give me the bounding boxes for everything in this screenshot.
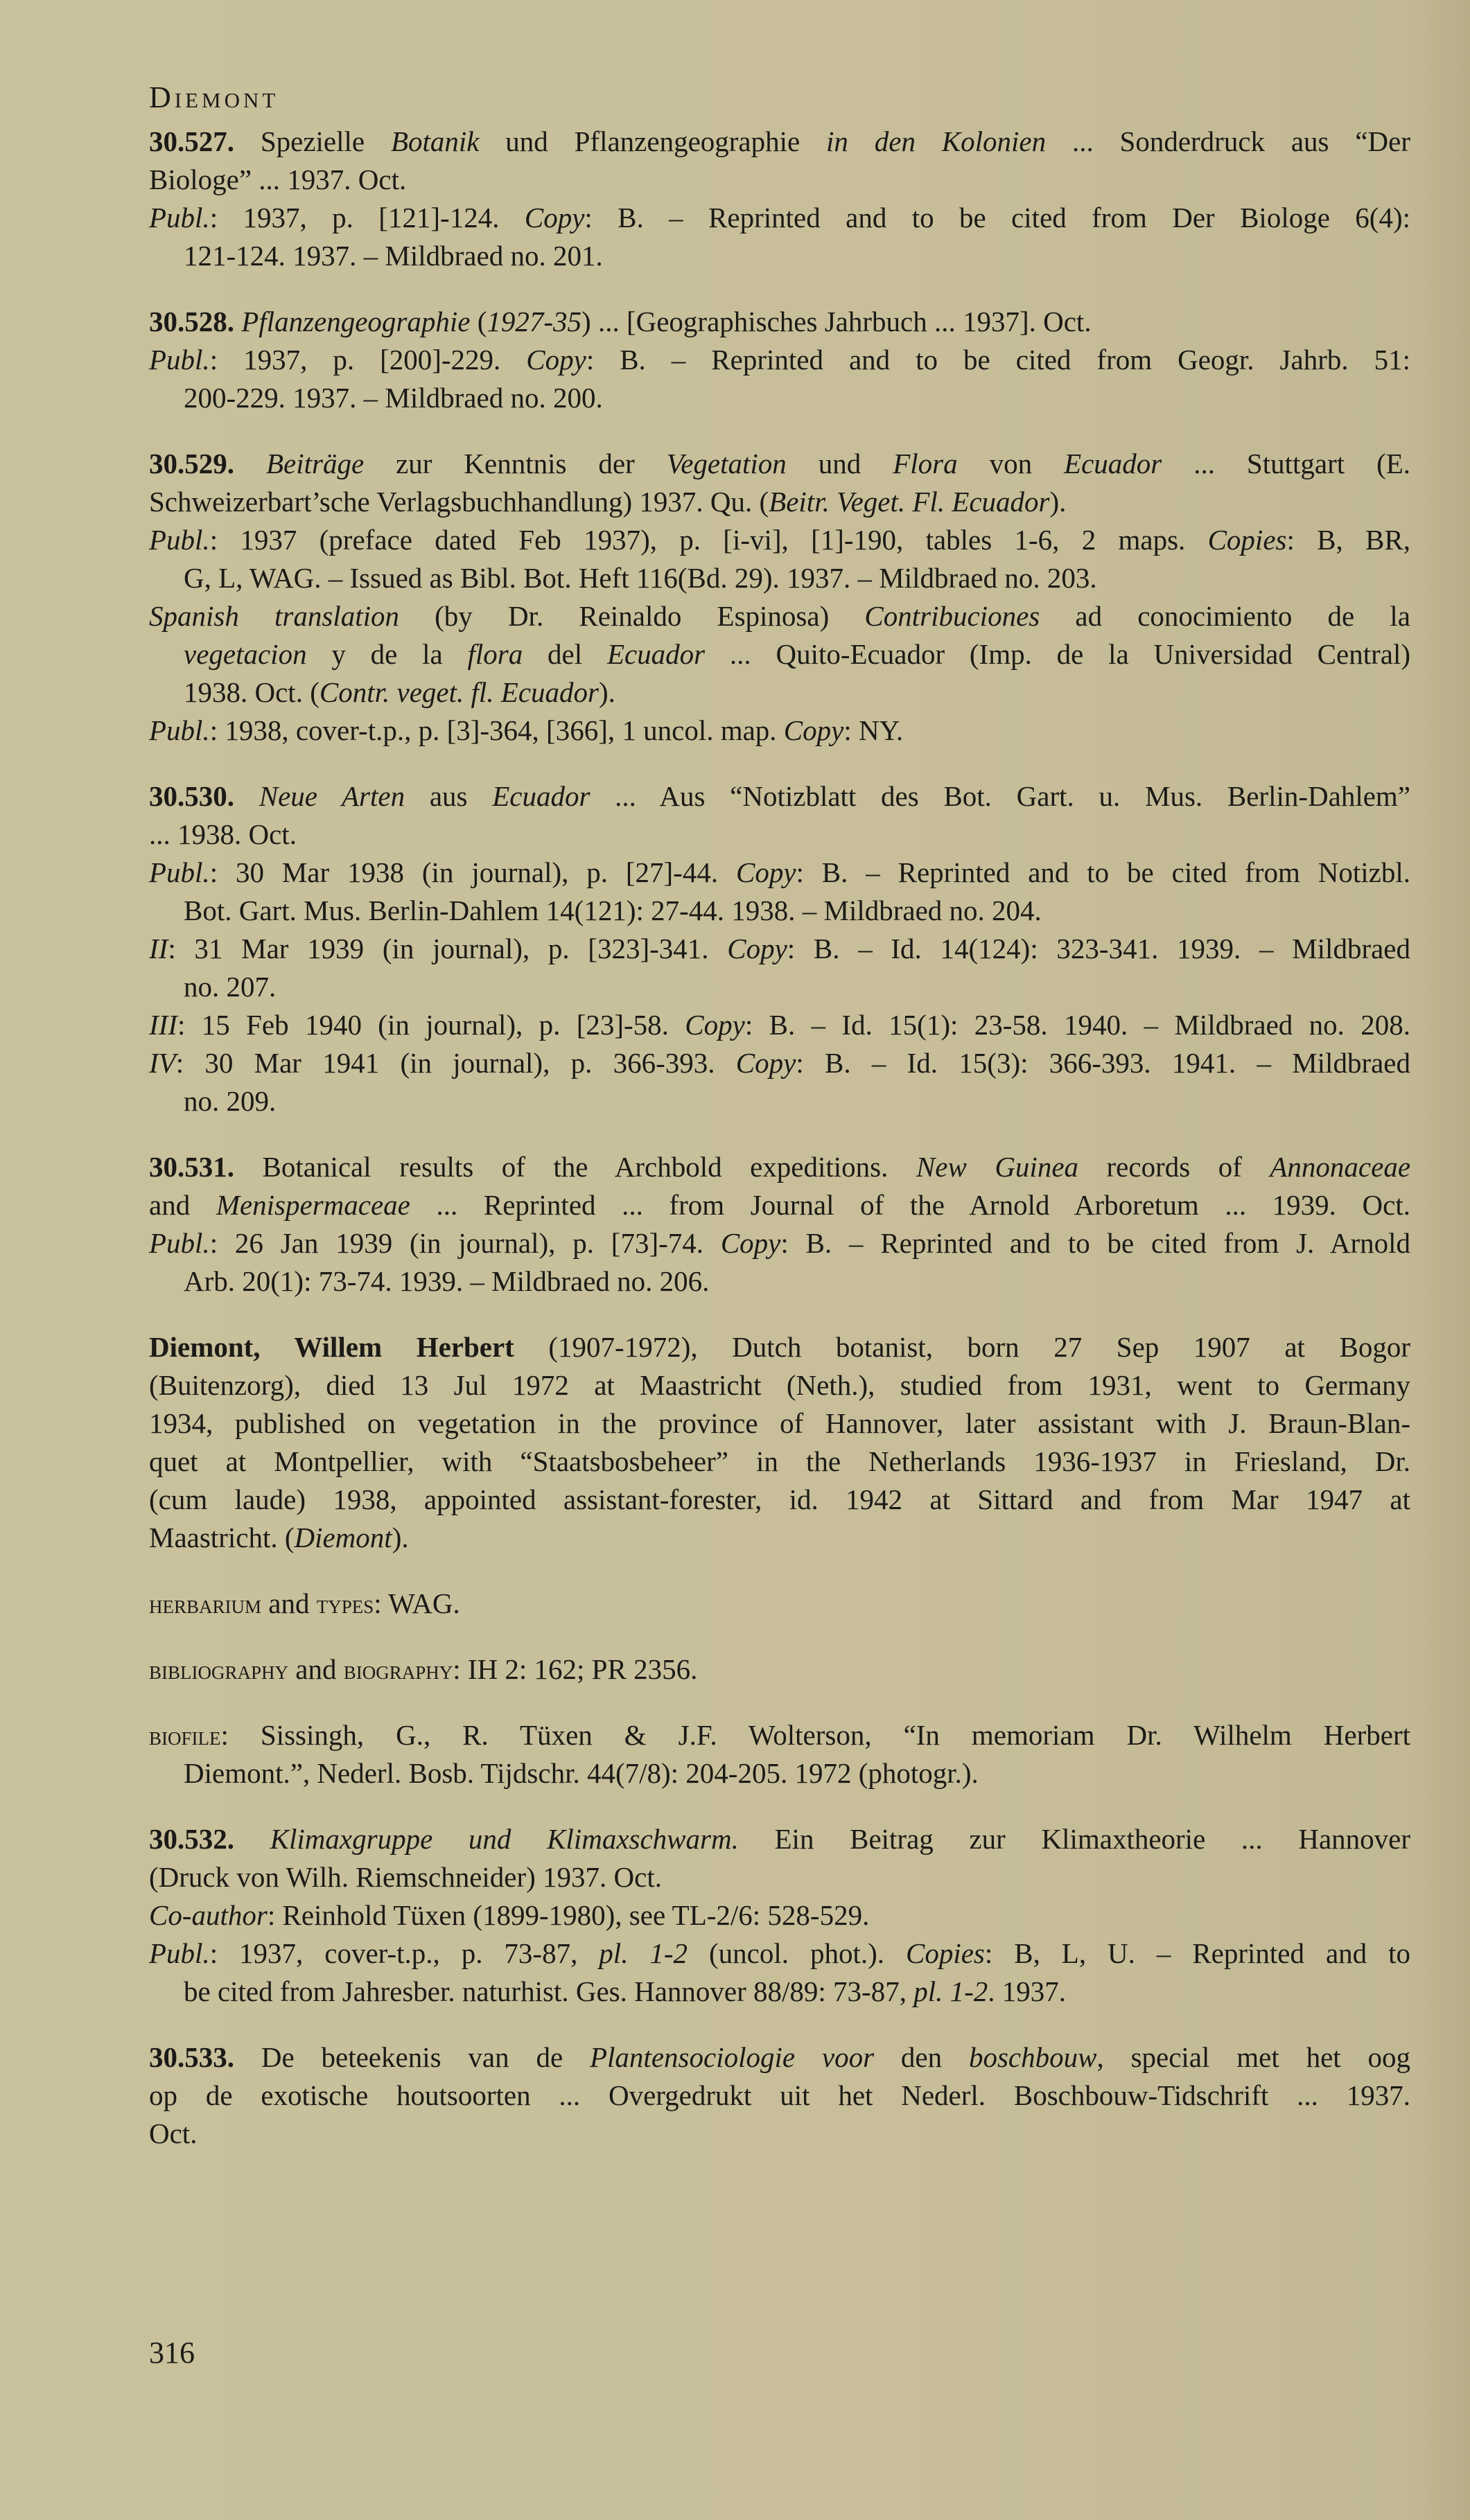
italic-text: Copy	[736, 856, 796, 888]
text: und Pflanzengeographie	[479, 125, 826, 157]
italic-text: Ecuador	[1064, 448, 1162, 479]
entry-heading-line: 30.528. Pflanzengeographie (1927-35) ...…	[149, 303, 1410, 341]
text: 200-229. 1937. – Mildbraed no. 200.	[184, 382, 603, 414]
text-line: Diemont, Willem Herbert (1907-1972), Dut…	[149, 1328, 1410, 1366]
italic-text: pl. 1-2	[913, 1975, 988, 2007]
text: Maastricht. (	[149, 1522, 294, 1553]
text-line: Co-author: Reinhold Tüxen (1899-1980), s…	[149, 1896, 1410, 1935]
text: und	[787, 448, 893, 479]
text: : 1937, cover-t.p., p. 73-87,	[210, 1937, 600, 1969]
italic-text: Plantensociologie voor	[590, 2041, 874, 2073]
text-line: Publ.: 1937, p. [200]-229. Copy: B. – Re…	[149, 341, 1410, 379]
italic-text: Ecuador	[492, 780, 590, 812]
entry-heading-line: 30.531. Botanical results of the Archbol…	[149, 1148, 1410, 1186]
entry-heading-line: 30.527. Spezielle Botanik und Pflanzenge…	[149, 123, 1410, 161]
italic-text: Vegetation	[667, 448, 787, 479]
text-line: op de exotische houtsoorten ... Overgedr…	[149, 2077, 1410, 2115]
italic-text: Copy	[526, 344, 586, 376]
text-line: (cum laude) 1938, appointed assistant-fo…	[149, 1481, 1410, 1519]
page-number: 316	[149, 2335, 195, 2370]
text: : B, BR,	[1286, 524, 1410, 556]
text-line: 200-229. 1937. – Mildbraed no. 200.	[184, 379, 1410, 417]
italic-text: 1927-35	[487, 306, 581, 337]
text: aus	[405, 780, 492, 812]
text: records of	[1078, 1151, 1270, 1183]
text-line: Arb. 20(1): 73-74. 1939. – Mildbraed no.…	[184, 1262, 1410, 1301]
entry-number: 30.529.	[149, 448, 266, 479]
italic-text: Klimaxgruppe und Klimaxschwarm.	[270, 1823, 739, 1855]
entry-heading-line: 30.532. Klimaxgruppe und Klimaxschwarm. …	[149, 1820, 1410, 1858]
text: and	[261, 1587, 317, 1619]
text: De beteekenis van de	[261, 2041, 590, 2073]
book-page: Diemont 30.527. Spezielle Botanik und Pf…	[0, 0, 1470, 2520]
text-line: Publ.: 26 Jan 1939 (in journal), p. [73]…	[149, 1224, 1410, 1262]
text-line: (Buitenzorg), died 13 Jul 1972 at Maastr…	[149, 1366, 1410, 1404]
text: 1938. Oct. (	[184, 676, 320, 708]
text-line: ... 1938. Oct.	[149, 816, 1410, 854]
running-head: Diemont	[149, 80, 279, 115]
italic-text: Copy	[727, 933, 787, 964]
entry-heading-line: 30.530. Neue Arten aus Ecuador ... Aus “…	[149, 777, 1410, 816]
text: : B. – Id. 15(3): 366-393. 1941. – Mildb…	[796, 1047, 1410, 1079]
text: no. 209.	[184, 1085, 276, 1117]
text: : 1937, p. [121]-124.	[210, 202, 525, 234]
italic-text: Contr. veget. fl. Ecuador	[320, 676, 599, 708]
text-line: no. 209.	[184, 1082, 1410, 1120]
text: (1907-1972), Dutch botanist, born 27 Sep…	[514, 1331, 1410, 1363]
text-line: 1934, published on vegetation in the pro…	[149, 1404, 1410, 1443]
italic-text: in den Kolonien	[826, 125, 1046, 157]
italic-text: Publ.	[149, 1227, 210, 1259]
text: Schweizerbart’sche Verlagsbuchhandlung) …	[149, 486, 769, 518]
text: : Reinhold Tüxen (1899-1980), see TL-2/6…	[268, 1899, 869, 1931]
text: Bot. Gart. Mus. Berlin-Dahlem 14(121): 2…	[184, 895, 1042, 926]
italic-text: Flora	[893, 448, 957, 479]
text: : 1937 (preface dated Feb 1937), p. [i-v…	[210, 524, 1208, 556]
text: : B. – Id. 15(1): 23-58. 1940. – Mildbra…	[745, 1009, 1410, 1041]
italic-text: boschbouw	[969, 2041, 1097, 2073]
text: ... 1938. Oct.	[149, 818, 297, 850]
text: Diemont.”, Nederl. Bosb. Tijdschr. 44(7/…	[184, 1757, 979, 1789]
text: : 30 Mar 1938 (in journal), p. [27]-44.	[210, 856, 736, 888]
italic-text: Publ.	[149, 524, 210, 556]
italic-text: Publ.	[149, 202, 210, 234]
entry-number: 30.530.	[149, 780, 259, 812]
text: : 15 Feb 1940 (in journal), p. [23]-58.	[177, 1009, 685, 1041]
text-line: Biofile: Sissingh, G., R. Tüxen & J.F. W…	[149, 1716, 1410, 1756]
text-line: 121-124. 1937. – Mildbraed no. 201.	[184, 237, 1410, 275]
italic-text: Copy	[525, 202, 585, 234]
text-line: and Menispermaceae ... Reprinted ... fro…	[149, 1186, 1410, 1224]
text-line: Bot. Gart. Mus. Berlin-Dahlem 14(121): 2…	[184, 892, 1410, 930]
section-label: Bibliography	[149, 1656, 288, 1685]
section-label: Biofile	[149, 1722, 221, 1751]
text: be cited from Jahresber. naturhist. Ges.…	[184, 1975, 913, 2007]
text-line: Biologe” ... 1937. Oct.	[149, 161, 1410, 199]
text: ) ... [Geographisches Jahrbuch ... 1937]…	[581, 306, 1092, 337]
italic-text: Botanik	[391, 125, 480, 157]
text: ).	[1050, 486, 1067, 518]
section-label: biography	[344, 1656, 453, 1685]
italic-text: flora	[468, 638, 523, 670]
text: , special met het oog	[1096, 2041, 1410, 2073]
italic-text: Publ.	[149, 344, 210, 376]
italic-text: Copy	[685, 1009, 745, 1041]
italic-text: Diemont	[294, 1522, 392, 1553]
text: Spezielle	[261, 125, 391, 157]
text: 121-124. 1937. – Mildbraed no. 201.	[184, 240, 603, 272]
text: y de la	[307, 638, 468, 670]
section-label: Herbarium	[149, 1590, 261, 1619]
text-line: Maastricht. (Diemont).	[149, 1519, 1410, 1557]
text: ... Quito-Ecuador (Imp. de la Universida…	[705, 638, 1410, 670]
text-line: Publ.: 1937, p. [121]-124. Copy: B. – Re…	[149, 199, 1410, 237]
italic-text: Beiträge	[266, 448, 364, 479]
italic-text: Copies	[906, 1937, 985, 1969]
text: no. 207.	[184, 971, 276, 1003]
italic-text: Annonaceae	[1270, 1151, 1410, 1183]
italic-text: Neue Arten	[259, 780, 405, 812]
italic-text: Spanish translation	[149, 600, 399, 632]
text: Oct.	[149, 2117, 197, 2149]
text-line: Publ.: 30 Mar 1938 (in journal), p. [27]…	[149, 854, 1410, 892]
italic-text: Copy	[721, 1227, 781, 1259]
text-line: IV: 30 Mar 1941 (in journal), p. 366-393…	[149, 1044, 1410, 1082]
text: del	[523, 638, 607, 670]
text: : B. – Reprinted and to be cited from De…	[584, 202, 1410, 234]
text-line: no. 207.	[184, 968, 1410, 1006]
text-line: 1938. Oct. (Contr. veget. fl. Ecuador).	[184, 673, 1410, 712]
text-line: (Druck von Wilh. Riemschneider) 1937. Oc…	[149, 1858, 1410, 1896]
person-name: Diemont, Willem Herbert	[149, 1331, 514, 1363]
text: Arb. 20(1): 73-74. 1939. – Mildbraed no.…	[184, 1265, 709, 1297]
text: (Druck von Wilh. Riemschneider) 1937. Oc…	[149, 1861, 662, 1893]
text-line: Herbarium and types: WAG.	[149, 1585, 1410, 1624]
text: G, L, WAG. – Issued as Bibl. Bot. Heft 1…	[184, 562, 1097, 594]
text: ).	[392, 1522, 409, 1553]
text: : NY.	[843, 714, 903, 746]
text: den	[874, 2041, 969, 2073]
italic-text: III	[149, 1009, 177, 1041]
text-line: be cited from Jahresber. naturhist. Ges.…	[184, 1973, 1410, 2011]
italic-text: Co-author	[149, 1899, 268, 1931]
text: : WAG.	[374, 1587, 460, 1619]
italic-text: Copy	[736, 1047, 796, 1079]
text-line: Oct.	[149, 2115, 1410, 2153]
text: : B. – Reprinted and to be cited from Ge…	[586, 344, 1410, 376]
entry-number: 30.531.	[149, 1151, 263, 1183]
text: (	[470, 306, 487, 337]
text-line: quet at Montpellier, with “Staatsbosbehe…	[149, 1443, 1410, 1481]
italic-text: New Guinea	[916, 1151, 1078, 1183]
text: Ein Beitrag zur Klimaxtheorie ... Hannov…	[739, 1823, 1410, 1855]
italic-text: Publ.	[149, 856, 210, 888]
text: : Sissingh, G., R. Tüxen & J.F. Wolterso…	[221, 1719, 1411, 1751]
italic-text: Contribuciones	[864, 600, 1040, 632]
text: (uncol. phot.).	[688, 1937, 906, 1969]
text: ad conocimiento de la	[1040, 600, 1410, 632]
text: : 1937, p. [200]-229.	[210, 344, 527, 376]
text: ... Sonderdruck aus “Der	[1046, 125, 1410, 157]
text-line: III: 15 Feb 1940 (in journal), p. [23]-5…	[149, 1006, 1410, 1044]
italic-text: Publ.	[149, 1937, 210, 1969]
text: (cum laude) 1938, appointed assistant-fo…	[149, 1483, 1410, 1515]
entry-number: 30.528.	[149, 306, 241, 337]
italic-text: Beitr. Veget. Fl. Ecuador	[769, 486, 1049, 518]
text: : B. – Reprinted and to be cited from J.…	[780, 1227, 1410, 1259]
text-line: Schweizerbart’sche Verlagsbuchhandlung) …	[149, 483, 1410, 521]
text: : B. – Reprinted and to be cited from No…	[796, 856, 1410, 888]
text: ... Aus “Notizblatt des Bot. Gart. u. Mu…	[590, 780, 1410, 812]
text: (Buitenzorg), died 13 Jul 1972 at Maastr…	[149, 1369, 1410, 1401]
text: and	[149, 1189, 216, 1221]
text: 1934, published on vegetation in the pro…	[149, 1407, 1410, 1439]
text-line: Diemont.”, Nederl. Bosb. Tijdschr. 44(7/…	[184, 1754, 1410, 1792]
text: quet at Montpellier, with “Staatsbosbehe…	[149, 1445, 1410, 1477]
text: : 31 Mar 1939 (in journal), p. [323]-341…	[168, 933, 727, 964]
text: op de exotische houtsoorten ... Overgedr…	[149, 2079, 1410, 2111]
text: and	[288, 1653, 344, 1685]
italic-text: II	[149, 933, 168, 964]
text-line: Publ.: 1937, cover-t.p., p. 73-87, pl. 1…	[149, 1935, 1410, 1973]
text: ).	[599, 676, 615, 708]
italic-text: Copies	[1208, 524, 1287, 556]
text-line: II: 31 Mar 1939 (in journal), p. [323]-3…	[149, 930, 1410, 968]
text-line: G, L, WAG. – Issued as Bibl. Bot. Heft 1…	[184, 559, 1410, 597]
text: Botanical results of the Archbold expedi…	[263, 1151, 916, 1183]
italic-text: IV	[149, 1047, 176, 1079]
text: . 1937.	[988, 1975, 1066, 2007]
text: zur Kenntnis der	[364, 448, 667, 479]
entry-number: 30.532.	[149, 1823, 270, 1855]
italic-text: Publ.	[149, 714, 210, 746]
text: von	[958, 448, 1064, 479]
entry-heading-line: 30.533. De beteekenis van de Plantensoci…	[149, 2038, 1410, 2077]
section-label: types	[317, 1590, 374, 1619]
italic-text: Pflanzengeographie	[241, 306, 470, 337]
text: ... Stuttgart (E.	[1162, 448, 1410, 479]
text: : 30 Mar 1941 (in journal), p. 366-393.	[176, 1047, 736, 1079]
text-line: Publ.: 1937 (preface dated Feb 1937), p.…	[149, 521, 1410, 559]
text: : IH 2: 162; PR 2356.	[453, 1653, 697, 1685]
italic-text: pl. 1-2	[599, 1937, 688, 1969]
italic-text: Copy	[784, 714, 844, 746]
text-line: Spanish translation (by Dr. Reinaldo Esp…	[149, 597, 1410, 635]
text: (by Dr. Reinaldo Espinosa)	[399, 600, 864, 632]
text-line: Publ.: 1938, cover-t.p., p. [3]-364, [36…	[149, 712, 1410, 750]
entry-number: 30.533.	[149, 2041, 261, 2073]
text: ... Reprinted ... from Journal of the Ar…	[410, 1189, 1410, 1221]
entry-heading-line: 30.529. Beiträge zur Kenntnis der Vegeta…	[149, 445, 1410, 483]
text-line: Bibliography and biography: IH 2: 162; P…	[149, 1650, 1410, 1690]
italic-text: Menispermaceae	[216, 1189, 410, 1221]
italic-text: Ecuador	[607, 638, 705, 670]
text-line: vegetacion y de la flora del Ecuador ...…	[184, 635, 1410, 673]
text: : 1938, cover-t.p., p. [3]-364, [366], 1…	[210, 714, 784, 746]
text: Biologe” ... 1937. Oct.	[149, 164, 406, 195]
entry-number: 30.527.	[149, 125, 261, 157]
italic-text: vegetacion	[184, 638, 307, 670]
text: : B, L, U. – Reprinted and to	[985, 1937, 1410, 1969]
text: : B. – Id. 14(124): 323-341. 1939. – Mil…	[787, 933, 1410, 964]
text: : 26 Jan 1939 (in journal), p. [73]-74.	[210, 1227, 721, 1259]
